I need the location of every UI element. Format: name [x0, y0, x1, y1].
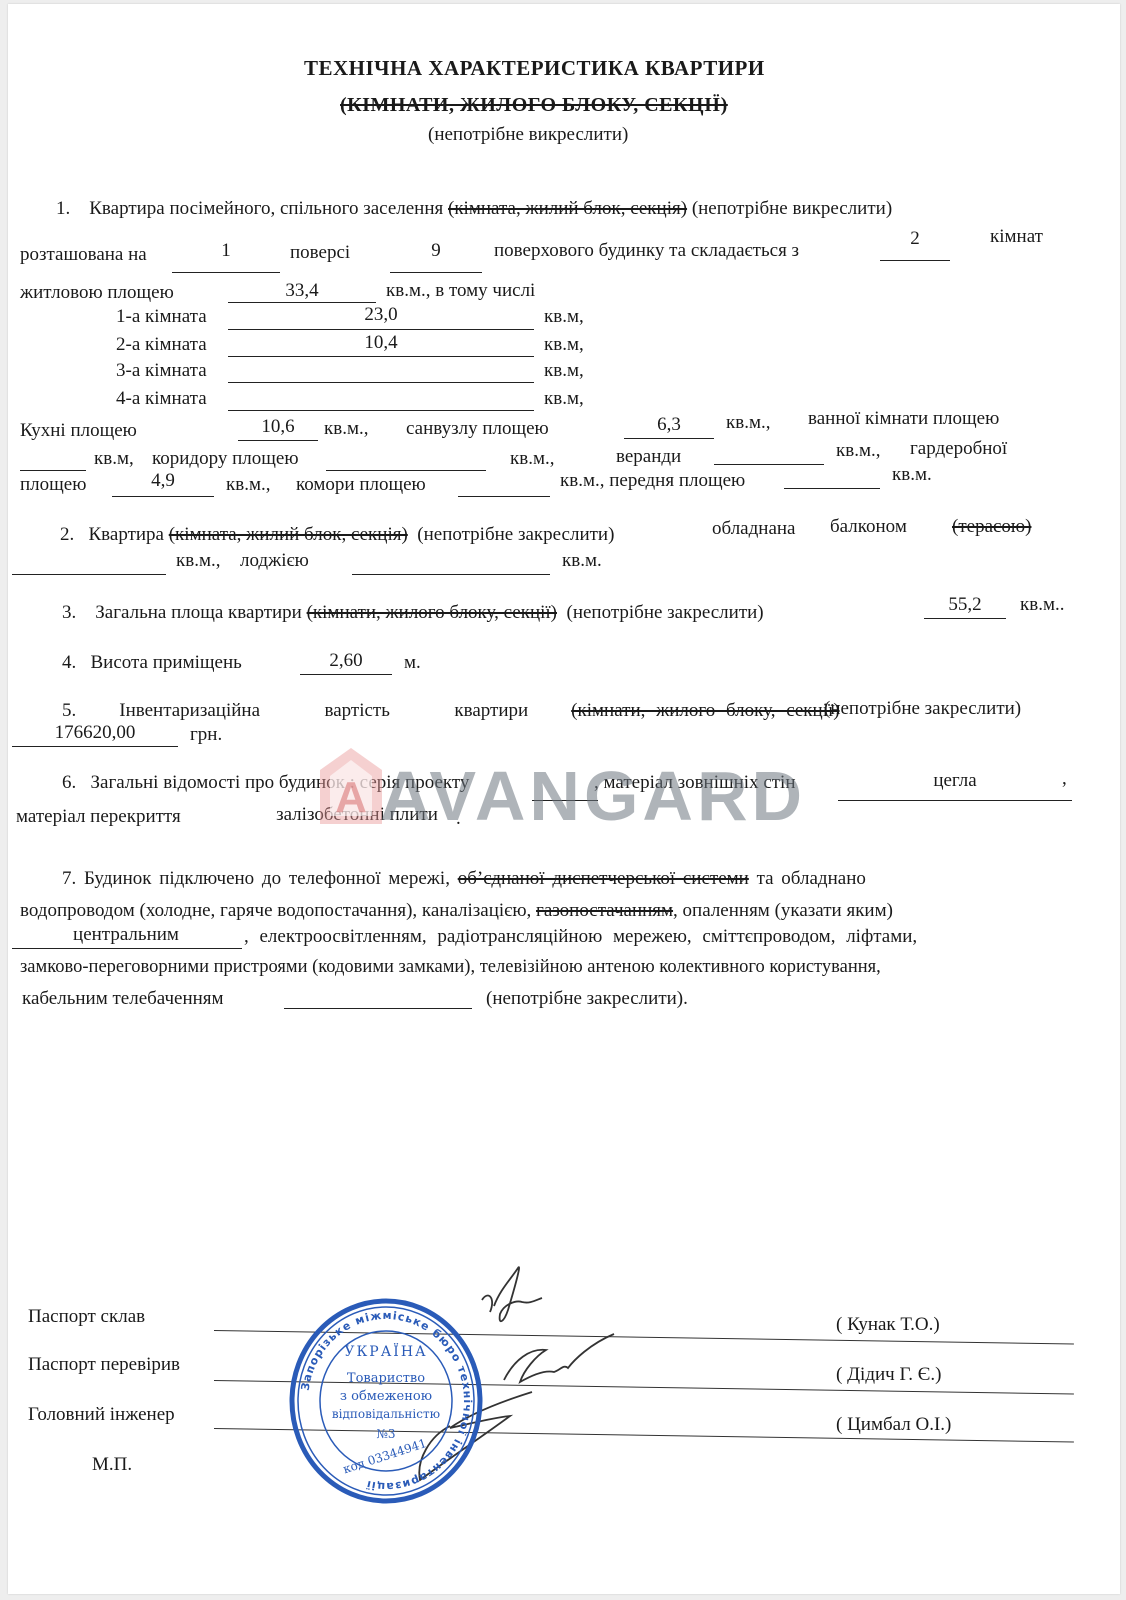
official-stamp: Запорізьке міжміське бюро технічної інве…: [288, 1296, 484, 1506]
floors-material-value: залізобетонні плити: [252, 804, 462, 826]
wc-area-value: 6,3: [624, 414, 714, 436]
document-subtitle-note: (непотрібне викреслити): [428, 124, 628, 146]
s1-line1: 1. Квартира посімейного, спільного засел…: [56, 198, 892, 220]
kitchen-area-value: 10,6: [238, 416, 318, 438]
signature-role-1: Паспорт склав: [28, 1306, 145, 1328]
svg-text:з обмеженою: з обмеженою: [340, 1389, 432, 1404]
s5-line: 5. Інвентаризаційна вартість квартири (к…: [62, 700, 861, 722]
svg-text:відповідальністю: відповідальністю: [332, 1407, 440, 1421]
s2-line1: 2. Квартира (кімната, жилий блок, секція…: [60, 524, 614, 546]
s7-line2: водопроводом (холодне, гаряче водопостач…: [20, 900, 893, 922]
seal-label: М.П.: [92, 1454, 132, 1476]
storeys-value: 9: [390, 240, 482, 262]
rooms-count-value: 2: [880, 228, 950, 250]
signature-name-3: ( Цимбал О.І.): [836, 1414, 951, 1436]
s6-line: 6. Загальні відомості про будинок : сері…: [62, 772, 469, 794]
living-area-value: 33,4: [228, 280, 376, 302]
walls-material-value: цегла: [838, 770, 1072, 792]
document-subtitle-struck: (КІМНАТИ, ЖИЛОГО БЛОКУ, СЕКЦІЇ): [340, 94, 728, 117]
s7-line1: 7. Будинок підключено до телефонної мере…: [62, 868, 866, 890]
signature-name-2: ( Дідич Г. Є.): [836, 1364, 941, 1386]
svg-text:УКРАЇНА: УКРАЇНА: [344, 1342, 427, 1360]
s1-struck: (кімната, жилий блок, секція): [448, 198, 687, 219]
signature-role-3: Головний інженер: [28, 1404, 175, 1426]
signature-role-2: Паспорт перевірив: [28, 1354, 180, 1376]
svg-text:№3: №3: [377, 1427, 396, 1441]
signature-name-1: ( Кунак Т.О.): [836, 1314, 940, 1336]
s3-line: 3. Загальна площа квартири (кімнати, жил…: [62, 602, 764, 624]
stamp-seal-icon: Запорізьке міжміське бюро технічної інве…: [288, 1296, 484, 1506]
room1-value: 23,0: [228, 304, 534, 326]
heating-type-value: центральним: [12, 924, 240, 946]
height-value: 2,60: [300, 650, 392, 672]
total-area-value: 55,2: [924, 594, 1006, 616]
s1-located-label: розташована на: [20, 244, 147, 266]
inventory-value: 176620,00: [12, 722, 178, 744]
wardrobe-area-value: 4,9: [112, 470, 214, 492]
room2-value: 10,4: [228, 332, 534, 354]
s4-line: 4. Висота приміщень: [62, 652, 242, 674]
svg-text:Товариство: Товариство: [347, 1371, 425, 1386]
document-title: ТЕХНІЧНА ХАРАКТЕРИСТИКА КВАРТИРИ: [304, 56, 765, 81]
floor-value: 1: [172, 240, 280, 262]
document-page: ТЕХНІЧНА ХАРАКТЕРИСТИКА КВАРТИРИ (КІМНАТ…: [8, 4, 1120, 1594]
